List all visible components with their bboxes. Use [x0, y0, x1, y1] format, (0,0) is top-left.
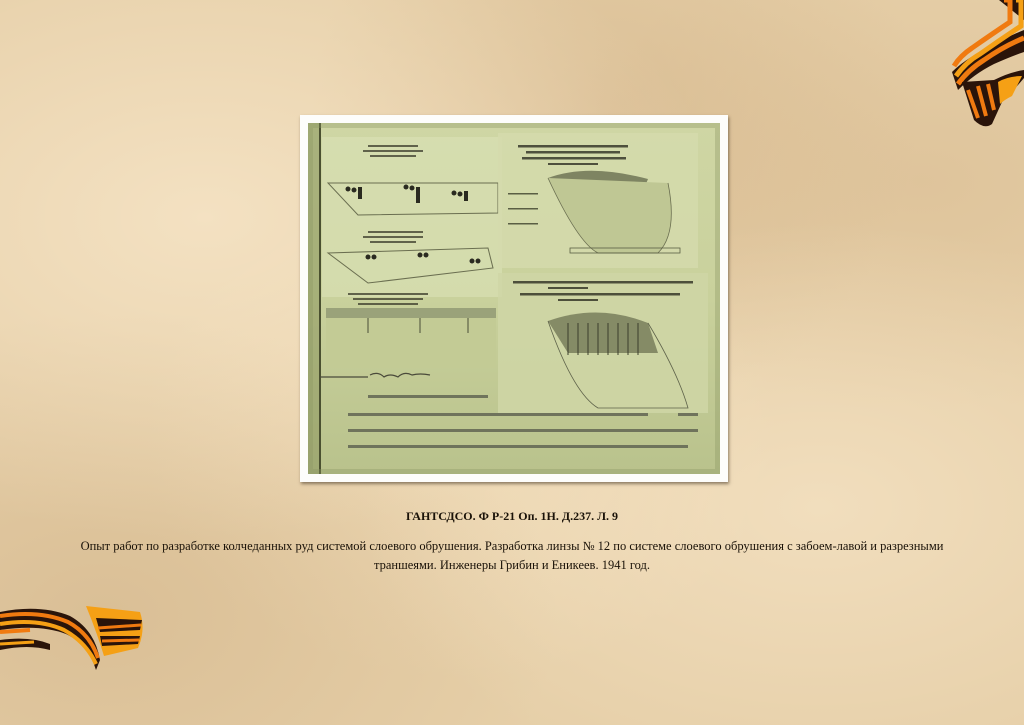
st-george-ribbon-top-right: [944, 0, 1024, 135]
technical-drawings-image: [308, 123, 720, 474]
st-george-ribbon-bottom-left: [0, 600, 150, 675]
archive-reference: ГАНТСДСО. Ф Р-21 Оп. 1Н. Д.237. Л. 9: [0, 509, 1024, 524]
archival-document-photo: [308, 123, 720, 474]
document-description: Опыт работ по разработке колчеданных руд…: [80, 537, 944, 575]
photo-frame: [300, 115, 728, 482]
